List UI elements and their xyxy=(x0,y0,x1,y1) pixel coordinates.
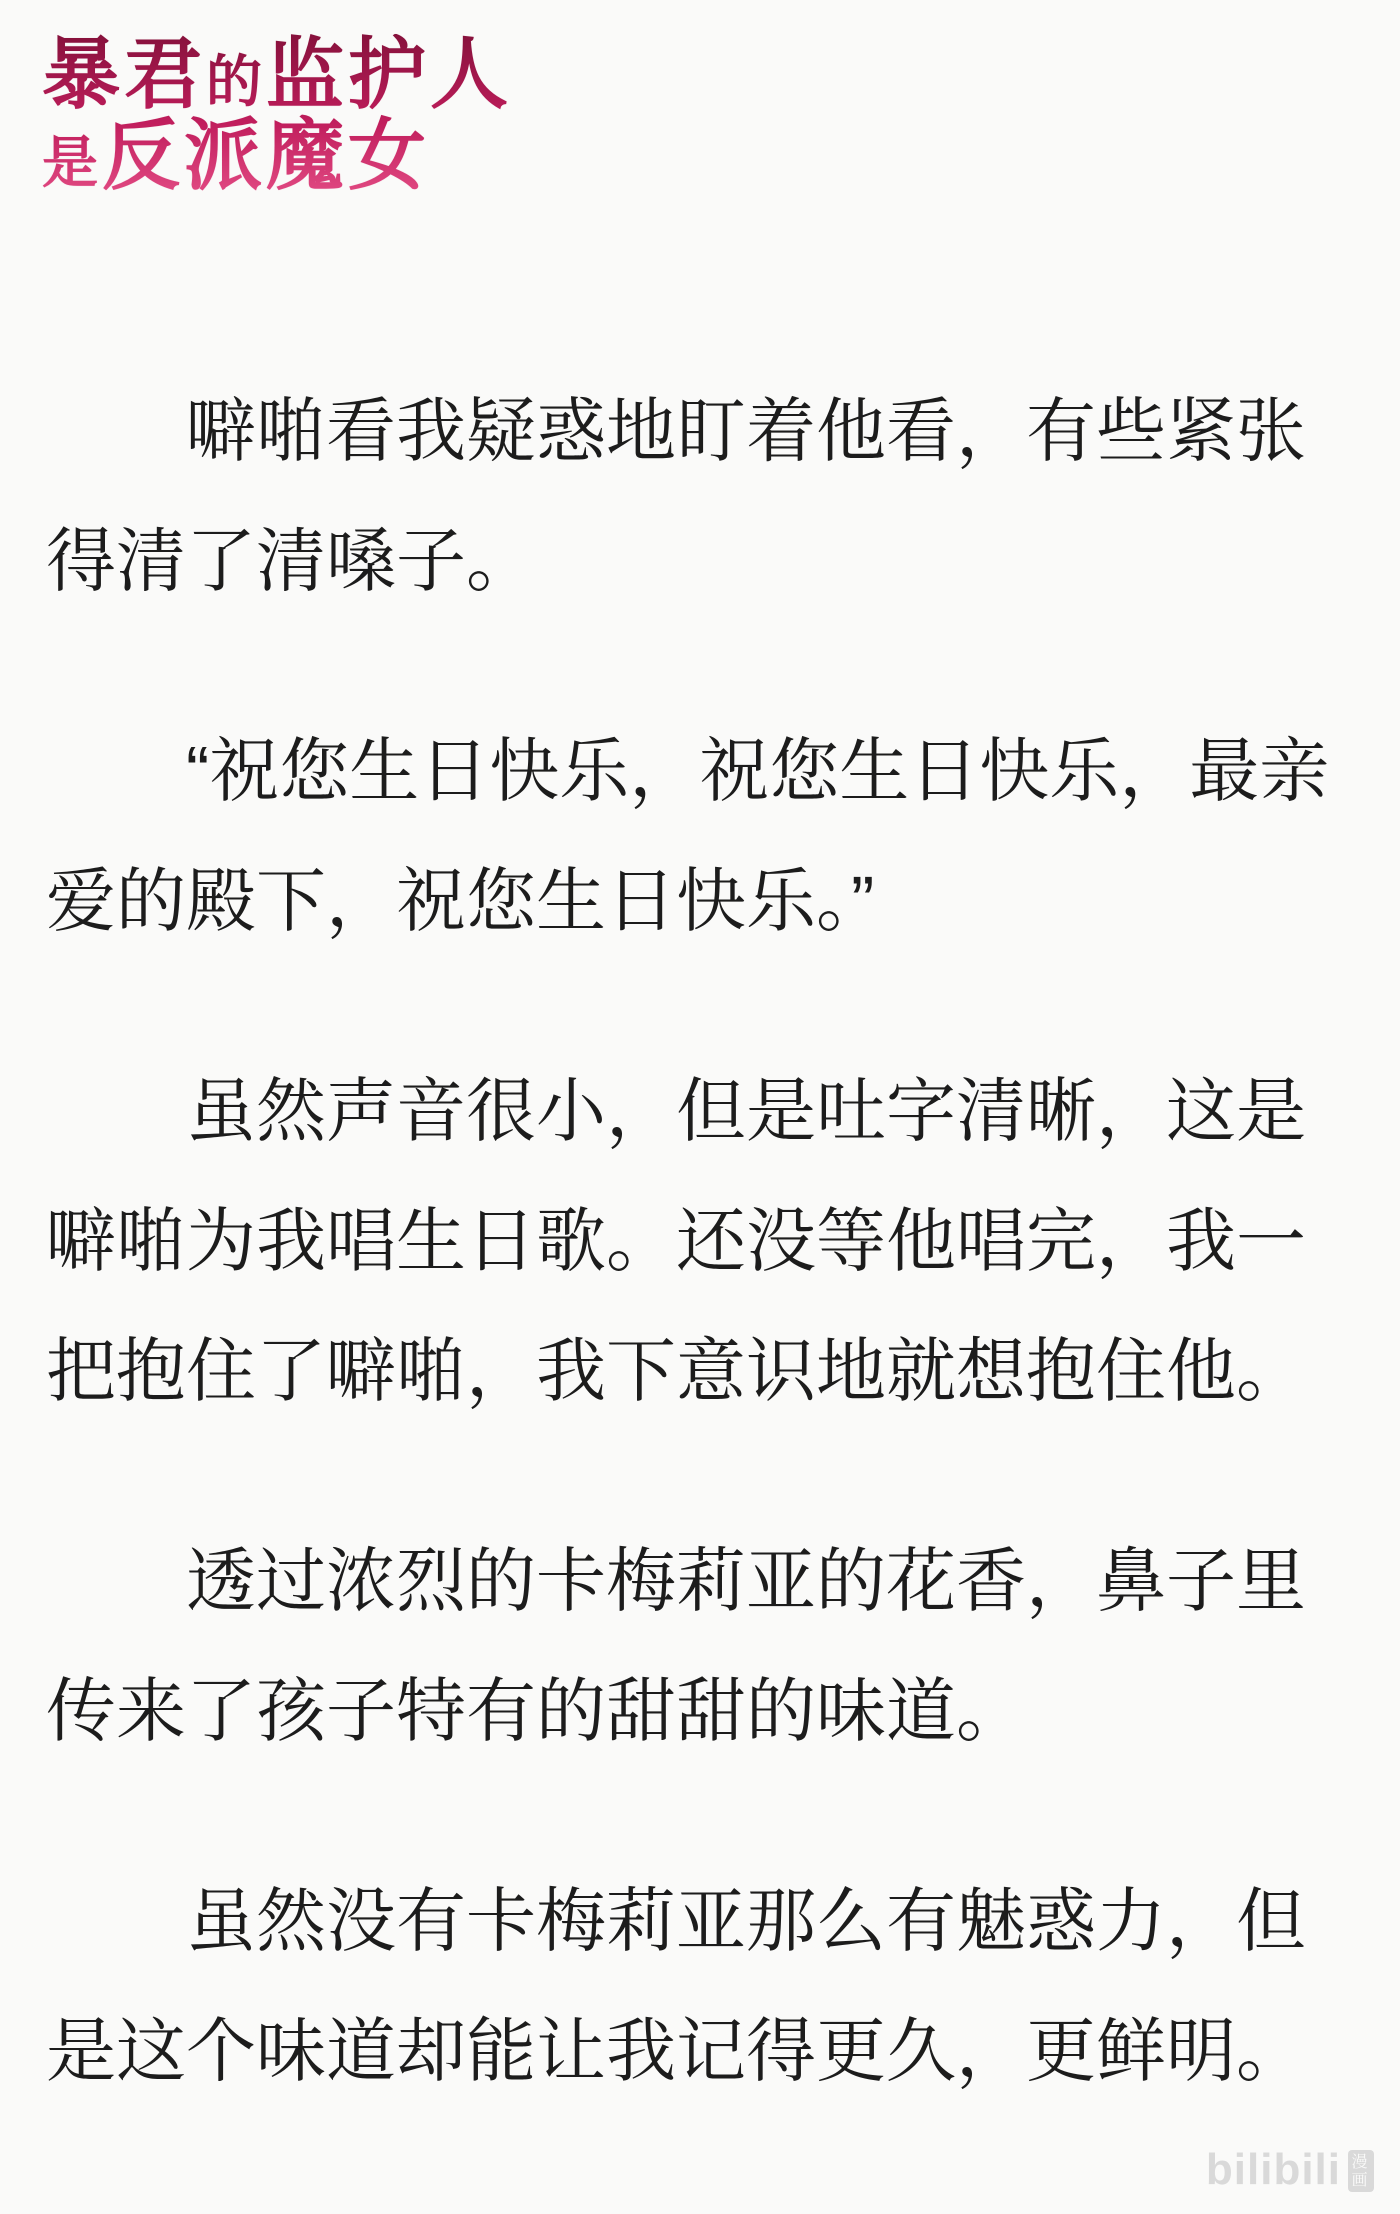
paragraph: 噼啪看我疑惑地盯着他看，有些紧张得清了清嗓子。 xyxy=(46,366,1354,626)
paragraph: 透过浓烈的卡梅莉亚的花香，鼻子里传来了孩子特有的甜甜的味道。 xyxy=(46,1516,1354,1776)
series-title-segment: 魔女 xyxy=(266,112,430,199)
paragraph: 虽然声音很小，但是吐字清晰，这是噼啪为我唱生日歌。还没等他唱完，我一把抱住了噼啪… xyxy=(46,1046,1354,1436)
series-title-segment: 的 xyxy=(206,52,266,114)
bilibili-watermark: bilibili 漫画 xyxy=(1206,2148,1374,2192)
series-title-line-2: 是反派魔女 xyxy=(42,115,512,196)
paragraph: 虽然没有卡梅莉亚那么有魅惑力，但是这个味道却能让我记得更久，更鲜明。 xyxy=(46,1856,1354,2116)
series-title-logo: 暴君的监护人 是反派魔女 xyxy=(42,34,512,196)
text-body: 噼啪看我疑惑地盯着他看，有些紧张得清了清嗓子。“祝您生日快乐，祝您生日快乐，最亲… xyxy=(0,0,1400,2116)
bilibili-logo-icon: bilibili xyxy=(1206,2148,1341,2192)
series-title-segment: 是 xyxy=(42,133,102,195)
manga-badge-icon: 漫画 xyxy=(1348,2150,1374,2192)
series-title-line-1: 暴君的监护人 xyxy=(42,34,512,115)
series-title-segment: 监护人 xyxy=(266,31,512,118)
paragraph: “祝您生日快乐，祝您生日快乐，最亲爱的殿下，祝您生日快乐。” xyxy=(46,706,1354,966)
series-title-segment: 反派 xyxy=(102,112,266,199)
series-title-segment: 暴君 xyxy=(42,31,206,118)
